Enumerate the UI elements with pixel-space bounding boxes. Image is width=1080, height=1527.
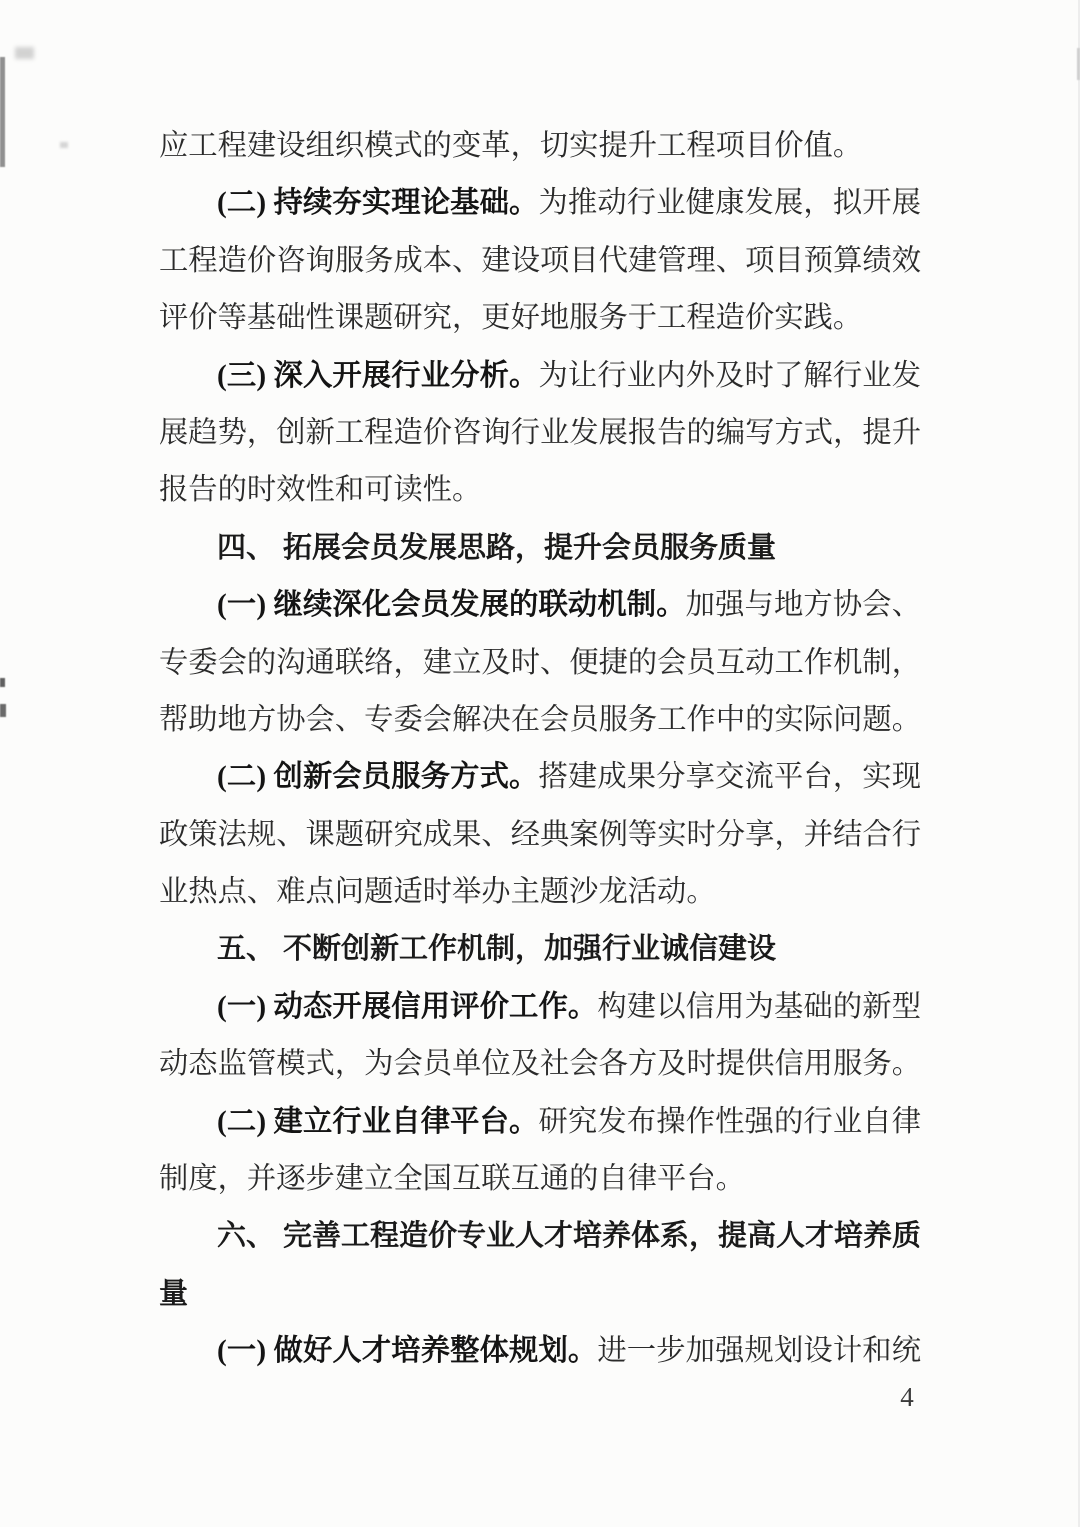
scan-artifact-smudge: [15, 47, 34, 59]
section-heading: 五、 不断创新工作机制，加强行业诚信建设: [159, 921, 921, 978]
paragraph-text: 研究发布操作性强的行业自律: [538, 1106, 921, 1138]
paragraph-text: 专委会的沟通联络，建立及时、便捷的会员互动工作机制，: [159, 647, 921, 679]
paragraph-text: 为让行业内外及时了解行业发: [538, 360, 921, 392]
paragraph-text: 政策法规、课题研究成果、经典案例等实时分享，并结合行: [159, 819, 921, 851]
paragraph-lead: (三) 深入开展行业分析。: [217, 360, 538, 392]
paragraph-text: 业热点、难点问题适时举办主题沙龙活动。: [159, 876, 716, 908]
paragraph-text: 为推动行业健康发展，拟开展: [538, 187, 921, 219]
section-heading-text: 量: [159, 1278, 188, 1310]
paragraph-lead: (一) 做好人才培养整体规划。: [217, 1335, 597, 1367]
paragraph-text: 展趋势，创新工程造价咨询行业发展报告的编写方式，提升: [159, 417, 921, 449]
paragraph-text: 报告的时效性和可读性。: [159, 474, 481, 506]
paragraph-text: 搭建成果分享交流平台，实现: [538, 761, 921, 793]
text-line: (二) 建立行业自律平台。研究发布操作性强的行业自律: [159, 1094, 921, 1151]
text-line: 业热点、难点问题适时举办主题沙龙活动。: [159, 864, 921, 921]
scan-artifact-speck: [0, 704, 6, 717]
paragraph-lead: (一) 继续深化会员发展的联动机制。: [217, 589, 686, 621]
section-heading-text: 六、 完善工程造价专业人才培养体系，提高人才培养质: [217, 1220, 921, 1252]
paragraph-text: 制度，并逐步建立全国互联互通的自律平台。: [159, 1163, 745, 1195]
section-heading: 量: [159, 1266, 921, 1323]
section-heading: 六、 完善工程造价专业人才培养体系，提高人才培养质: [159, 1208, 921, 1265]
text-line: (三) 深入开展行业分析。为让行业内外及时了解行业发: [159, 348, 921, 405]
section-heading-text: 四、 拓展会员发展思路，提升会员服务质量: [217, 532, 776, 564]
text-line: 专委会的沟通联络，建立及时、便捷的会员互动工作机制，: [159, 635, 921, 692]
paragraph-text: 加强与地方协会、: [686, 589, 921, 621]
scan-artifact-left-edge: [0, 57, 5, 167]
text-line: (一) 继续深化会员发展的联动机制。加强与地方协会、: [159, 577, 921, 634]
text-line: 报告的时效性和可读性。: [159, 462, 921, 519]
scan-artifact-dot: [60, 142, 68, 148]
paragraph-text: 进一步加强规划设计和统: [597, 1335, 921, 1367]
paragraph-text: 帮助地方协会、专委会解决在会员服务工作中的实际问题。: [159, 704, 921, 736]
text-line: (二) 创新会员服务方式。搭建成果分享交流平台，实现: [159, 749, 921, 806]
text-line: (一) 动态开展信用评价工作。构建以信用为基础的新型: [159, 979, 921, 1036]
text-line: 评价等基础性课题研究，更好地服务于工程造价实践。: [159, 290, 921, 347]
paragraph-text: 工程造价咨询服务成本、建设项目代建管理、项目预算绩效: [159, 245, 921, 277]
text-line: 帮助地方协会、专委会解决在会员服务工作中的实际问题。: [159, 692, 921, 749]
paragraph-text: 应工程建设组织模式的变革，切实提升工程项目价值。: [159, 130, 862, 162]
text-line: 制度，并逐步建立全国互联互通的自律平台。: [159, 1151, 921, 1208]
paragraph-lead: (二) 创新会员服务方式。: [217, 761, 538, 793]
paragraph-lead: (二) 持续夯实理论基础。: [217, 187, 538, 219]
text-line: 工程造价咨询服务成本、建设项目代建管理、项目预算绩效: [159, 233, 921, 290]
text-line: 政策法规、课题研究成果、经典案例等实时分享，并结合行: [159, 807, 921, 864]
paragraph-text: 评价等基础性课题研究，更好地服务于工程造价实践。: [159, 302, 862, 334]
text-line: 展趋势，创新工程造价咨询行业发展报告的编写方式，提升: [159, 405, 921, 462]
paragraph-lead: (二) 建立行业自律平台。: [217, 1106, 538, 1138]
scan-artifact-speck: [0, 678, 5, 687]
paragraph-text: 动态监管模式，为会员单位及社会各方及时提供信用服务。: [159, 1048, 921, 1080]
text-line: 应工程建设组织模式的变革，切实提升工程项目价值。: [159, 118, 921, 175]
page-number: 4: [884, 1372, 930, 1422]
text-line: 动态监管模式，为会员单位及社会各方及时提供信用服务。: [159, 1036, 921, 1093]
document-page: 应工程建设组织模式的变革，切实提升工程项目价值。 (二) 持续夯实理论基础。为推…: [0, 0, 1080, 1527]
paragraph-lead: (一) 动态开展信用评价工作。: [217, 991, 597, 1023]
section-heading-text: 五、 不断创新工作机制，加强行业诚信建设: [217, 933, 776, 965]
paragraph-text: 构建以信用为基础的新型: [597, 991, 921, 1023]
section-heading: 四、 拓展会员发展思路，提升会员服务质量: [159, 520, 921, 577]
text-line: (二) 持续夯实理论基础。为推动行业健康发展，拟开展: [159, 175, 921, 232]
text-block: 应工程建设组织模式的变革，切实提升工程项目价值。 (二) 持续夯实理论基础。为推…: [159, 118, 921, 1381]
text-line: (一) 做好人才培养整体规划。进一步加强规划设计和统: [159, 1323, 921, 1380]
